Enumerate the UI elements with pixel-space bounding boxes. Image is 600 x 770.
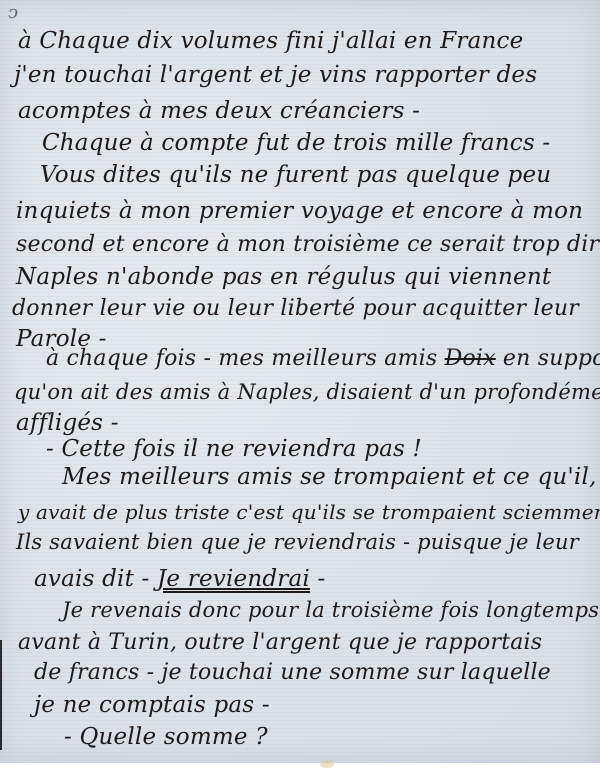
text-line: Vous dites qu'ils ne furent pas quelque … — [40, 162, 551, 188]
text-line: y avait de plus triste c'est qu'ils se t… — [18, 500, 600, 524]
text-line-with-strike: à chaque fois - mes meilleurs amis Doix … — [46, 346, 600, 371]
text-line: second et encore à mon troisième ce sera… — [16, 232, 600, 257]
text-line: acomptes à mes deux créanciers - — [18, 98, 420, 124]
text-line: Je revenais donc pour la troisième fois … — [62, 598, 599, 622]
handwritten-letter-page: ↄ à Chaque dix volumes fini j'allai en F… — [0, 0, 600, 763]
text-line: à Chaque dix volumes fini j'allai en Fra… — [18, 28, 523, 54]
text-line: - Cette fois il ne reviendra pas ! — [46, 436, 422, 462]
text-line: affligés - — [16, 410, 119, 436]
text-segment: avais dit - — [34, 566, 157, 592]
text-line: donner leur vie ou leur liberté pour acq… — [12, 296, 579, 321]
text-line-underlined: avais dit - Je reviendrai - — [34, 566, 325, 592]
text-line: de francs - je touchai une somme sur laq… — [34, 660, 551, 685]
text-line: avant à Turin, outre l'argent que je rap… — [18, 630, 542, 655]
text-line: Mes meilleurs amis se trompaient et ce q… — [62, 464, 597, 490]
text-line: inquiets à mon premier voyage et encore … — [16, 198, 583, 224]
struck-word: Doix — [445, 346, 496, 371]
text-line: Chaque à compte fut de trois mille franc… — [42, 130, 550, 156]
text-segment: - — [310, 566, 325, 592]
binding-edge — [0, 640, 2, 750]
text-line: - Quelle somme ? — [64, 724, 268, 750]
text-segment: à chaque fois - mes meilleurs amis — [46, 346, 437, 371]
text-line: j'en touchai l'argent et je vins rapport… — [14, 62, 537, 88]
text-line: qu'on ait des amis à Naples, disaient d'… — [14, 380, 600, 404]
text-segment: en supposant — [503, 346, 600, 371]
text-line: Ils savaient bien que je reviendrais - p… — [16, 530, 579, 554]
page-corner-mark: ↄ — [8, 2, 18, 23]
paper-stain — [320, 760, 334, 768]
text-line: je ne comptais pas - — [34, 692, 270, 718]
text-line: Naples n'abonde pas en régulus qui vienn… — [16, 264, 551, 290]
underlined-phrase: Je reviendrai — [157, 566, 310, 592]
